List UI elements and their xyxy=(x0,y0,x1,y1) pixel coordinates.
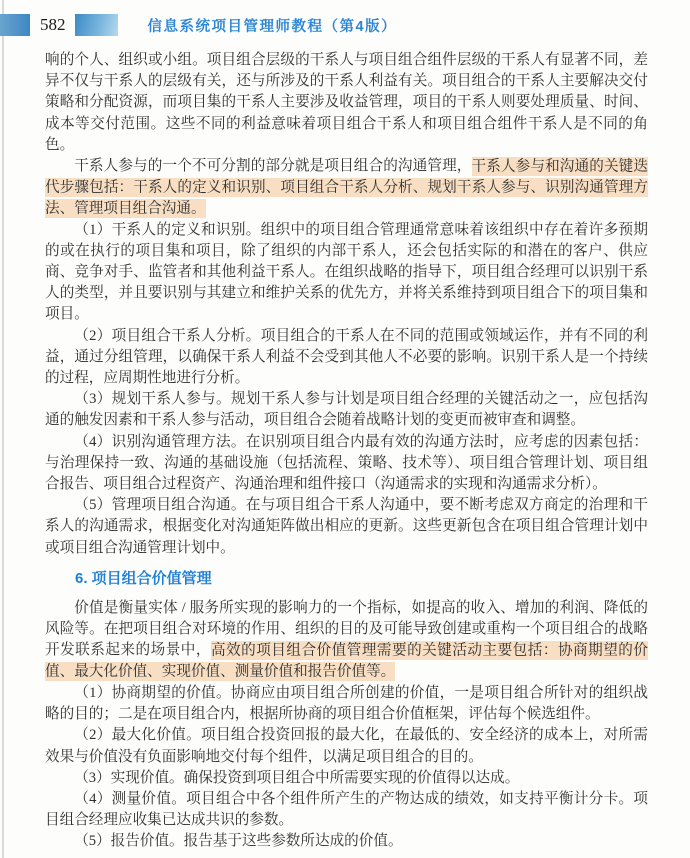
page-scan-edge xyxy=(2,0,4,858)
section-heading-portfolio-value-management: 6. 项目组合价值管理 xyxy=(45,568,648,589)
list-item-stakeholder-analysis: （2）项目组合干系人分析。项目组合的干系人在不同的范围或领域运作，并有不同的利益… xyxy=(45,326,648,390)
page-body: 响的个人、组织或小组。项目组合层级的干系人与项目组合组件层级的干系人有显著不同，… xyxy=(45,50,648,853)
page-header: 582 信息系统项目管理师教程（第4版） xyxy=(0,13,690,37)
list-item-plan-stakeholder-engagement: （3）规划干系人参与。规划干系人参与计划是项目组合经理的关键活动之一，应包括沟通… xyxy=(45,389,648,431)
list-item-report-value: （5）报告价值。报告基于这些参数所达成的价值。 xyxy=(45,831,648,852)
book-title: 信息系统项目管理师教程（第4版） xyxy=(148,15,398,36)
list-item-realize-value: （3）实现价值。确保投资到项目组合中所需要实现的价值得以达成。 xyxy=(45,768,648,789)
list-item-measure-value: （4）测量价值。项目组合中各个组件所产生的产物达成的绩效，如支持平衡计分卡。项目… xyxy=(45,789,648,831)
page-number: 582 xyxy=(40,14,66,36)
paragraph-value-definition: 价值是衡量实体 / 服务所实现的影响力的一个指标，如提高的收入、增加的利润、降低… xyxy=(45,598,648,683)
paragraph-stakeholder-roles: 响的个人、组织或小组。项目组合层级的干系人与项目组合组件层级的干系人有显著不同，… xyxy=(45,50,648,156)
list-item-identify-communication-methods: （4）识别沟通管理方法。在识别项目组合内最有效的沟通方法时，应考虑的因素包括：与… xyxy=(45,432,648,496)
paragraph-communication-management: 干系人参与的一个不可分割的部分就是项目组合的沟通管理，干系人参与和沟通的关键迭代… xyxy=(45,156,648,220)
list-item-manage-portfolio-communication: （5）管理项目组合沟通。在与项目组合干系人沟通中，要不断考虑双方商定的治理和干系… xyxy=(45,495,648,559)
list-item-maximize-value: （2）最大化价值。项目组合投资回报的最大化，在最低的、安全经济的成本上，对所需效… xyxy=(45,725,648,767)
header-edge-block xyxy=(0,14,30,36)
header-gradient-block xyxy=(75,14,118,36)
list-item-define-identify-stakeholders: （1）干系人的定义和识别。组织中的项目组合管理通常意味着该组织中存在着许多预期的… xyxy=(45,220,648,326)
list-item-negotiate-expected-value: （1）协商期望的价值。协商应由项目组合所创建的价值，一是项目组合所针对的组织战略… xyxy=(45,683,648,725)
communication-paragraph-normal-text: 干系人参与的一个不可分割的部分就是项目组合的沟通管理， xyxy=(74,158,471,174)
